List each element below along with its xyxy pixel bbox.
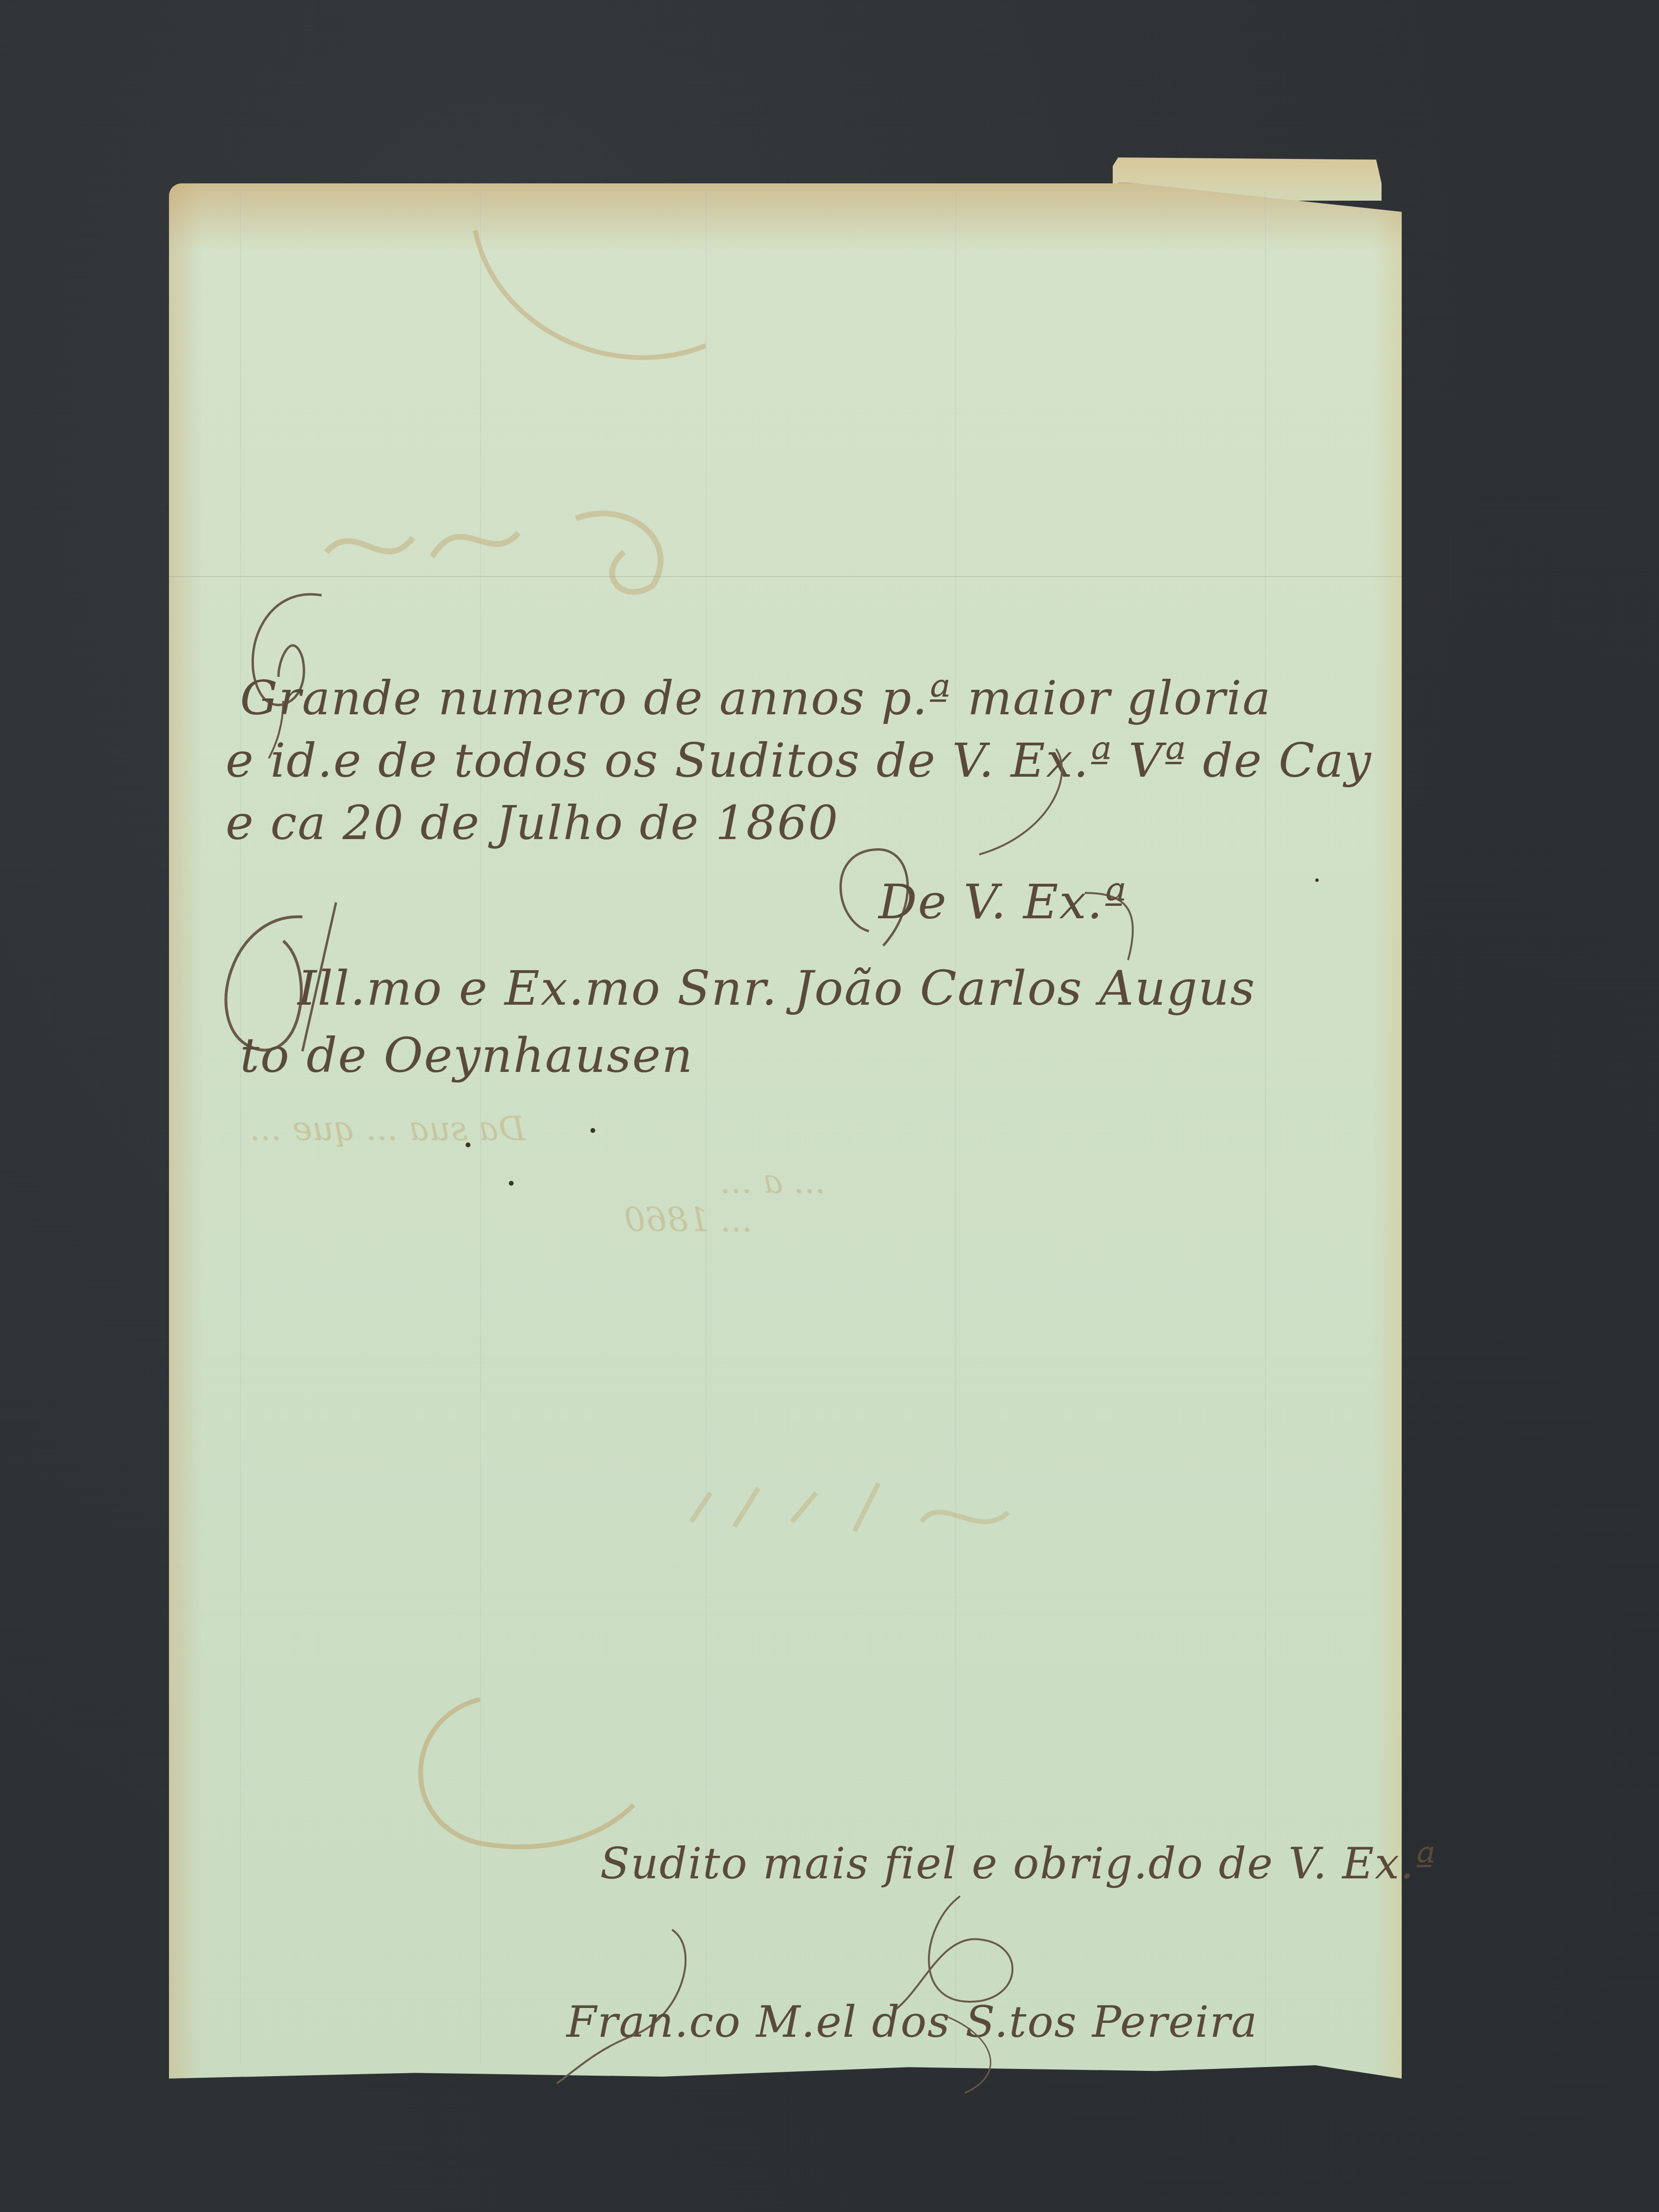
bleed-through-line: Da sua ... que ... [250,1109,525,1148]
signature-closing: Sudito mais fiel e obrig.do de V. Ex.ª [600,1839,1436,1889]
addressee-line-1: Ill.mo e Ex.mo Snr. João Carlos Augus [298,960,1256,1016]
bleed-through-line: ... 1860 [624,1200,752,1239]
letter-body-line-2: e id.e de todos os Suditos de V. Ex.ª Vª… [226,730,1372,792]
ink-speck [590,1128,595,1133]
closing-formula: De V. Ex.ª [878,874,1127,930]
paper-ruling-line [240,192,241,2064]
paper-ruling-line [706,192,707,2064]
ink-speck [1315,878,1319,882]
paper-ruling-line [1265,192,1266,2064]
ink-speck [509,1181,514,1186]
letter-body-line-1: Grande numero de annos p.ª maior gloria [240,667,1272,730]
bleed-through-line: ... a ... [720,1162,826,1201]
paper-ruling-line [955,192,956,2064]
ink-speck [466,1142,470,1147]
paper-fold-line [169,576,1402,577]
letter-body-line-3: e ca 20 de Julho de 1860 [226,792,839,854]
addressee-line-2: to de Oeynhausen [240,1027,694,1083]
signature-name: Fran.co M.el dos S.tos Pereira [566,1997,1258,2047]
